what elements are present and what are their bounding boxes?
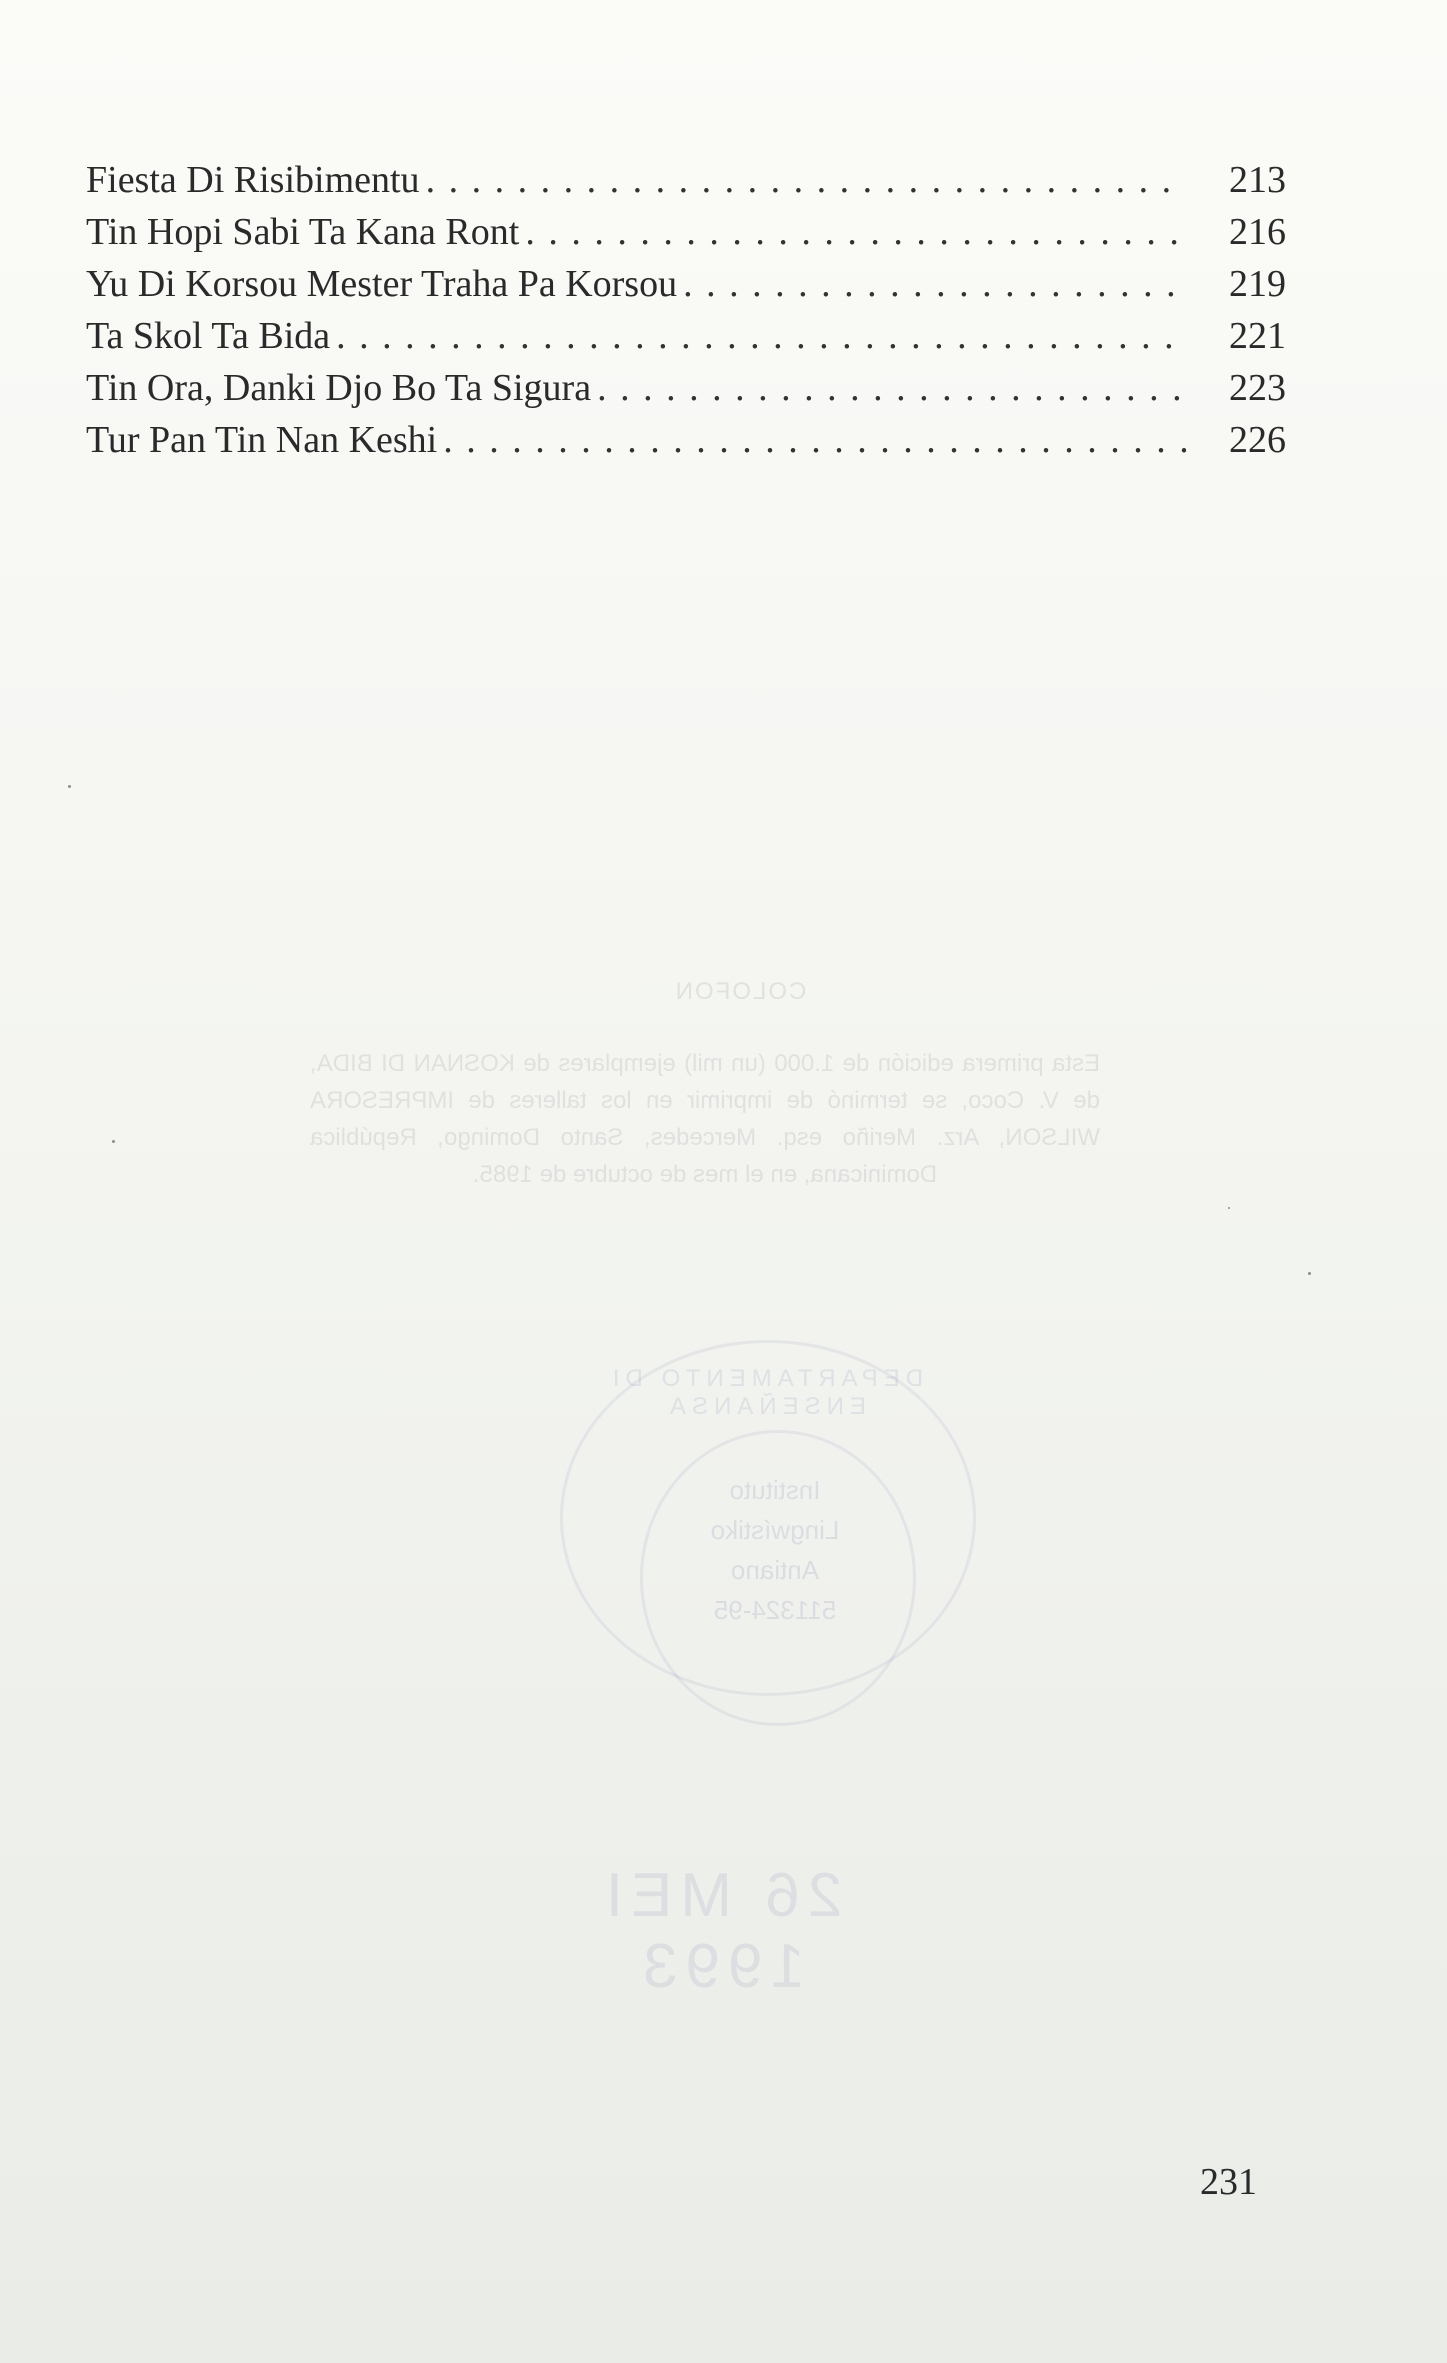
stamp-line: Instituto	[640, 1470, 910, 1510]
scan-speck	[1308, 1272, 1311, 1275]
toc-entry-title: Tin Ora, Danki Djo Bo Ta Sigura	[86, 362, 591, 414]
stamp-line: Antiano	[640, 1550, 910, 1590]
toc-dot-leader	[420, 154, 1186, 206]
toc-dot-leader	[519, 206, 1186, 258]
toc-entry-title: Tur Pan Tin Nan Keshi	[86, 414, 437, 466]
toc-dot-leader	[677, 258, 1186, 310]
stamp-line: Lingwístiko	[640, 1510, 910, 1550]
scan-speck	[112, 1140, 115, 1143]
bleed-colophon-body: Esta primera edición de 1.000 (un mil) e…	[310, 1045, 1100, 1193]
toc-entry-title: Tin Hopi Sabi Ta Kana Ront	[86, 206, 519, 258]
toc-entry-page: 213	[1186, 154, 1286, 206]
toc-entry-title: Ta Skol Ta Bida	[86, 310, 330, 362]
toc-entry: Tin Ora, Danki Djo Bo Ta Sigura 223	[86, 362, 1286, 414]
page-number: 231	[1200, 2160, 1257, 2204]
scan-speck	[68, 785, 71, 788]
toc-dot-leader	[591, 362, 1186, 414]
toc-entry-page: 226	[1186, 414, 1286, 466]
toc-dot-leader	[437, 414, 1186, 466]
toc-dot-leader	[330, 310, 1186, 362]
table-of-contents: Fiesta Di Risibimentu 213 Tin Hopi Sabi …	[86, 154, 1286, 466]
toc-entry-page: 223	[1186, 362, 1286, 414]
toc-entry-page: 219	[1186, 258, 1286, 310]
toc-entry: Tur Pan Tin Nan Keshi 226	[86, 414, 1286, 466]
toc-entry-page: 216	[1186, 206, 1286, 258]
toc-entry: Ta Skol Ta Bida 221	[86, 310, 1286, 362]
stamp-line: 511324-95	[640, 1590, 910, 1630]
toc-entry-title: Fiesta Di Risibimentu	[86, 154, 420, 206]
bleed-colophon-title: COLOFON	[560, 978, 920, 1006]
bleed-stamp-ring-text: DEPARTAMENTO DI ENSEÑANSA	[560, 1365, 970, 1421]
toc-entry: Tin Hopi Sabi Ta Kana Ront 216	[86, 206, 1286, 258]
toc-entry: Yu Di Korsou Mester Traha Pa Korsou 219	[86, 258, 1286, 310]
scan-speck	[1228, 1207, 1230, 1209]
bleed-date-stamp: 26 MEI 1993	[520, 1860, 920, 2002]
toc-entry-title: Yu Di Korsou Mester Traha Pa Korsou	[86, 258, 677, 310]
toc-entry: Fiesta Di Risibimentu 213	[86, 154, 1286, 206]
bleed-stamp-center-text: Instituto Lingwístiko Antiano 511324-95	[640, 1470, 910, 1630]
toc-entry-page: 221	[1186, 310, 1286, 362]
